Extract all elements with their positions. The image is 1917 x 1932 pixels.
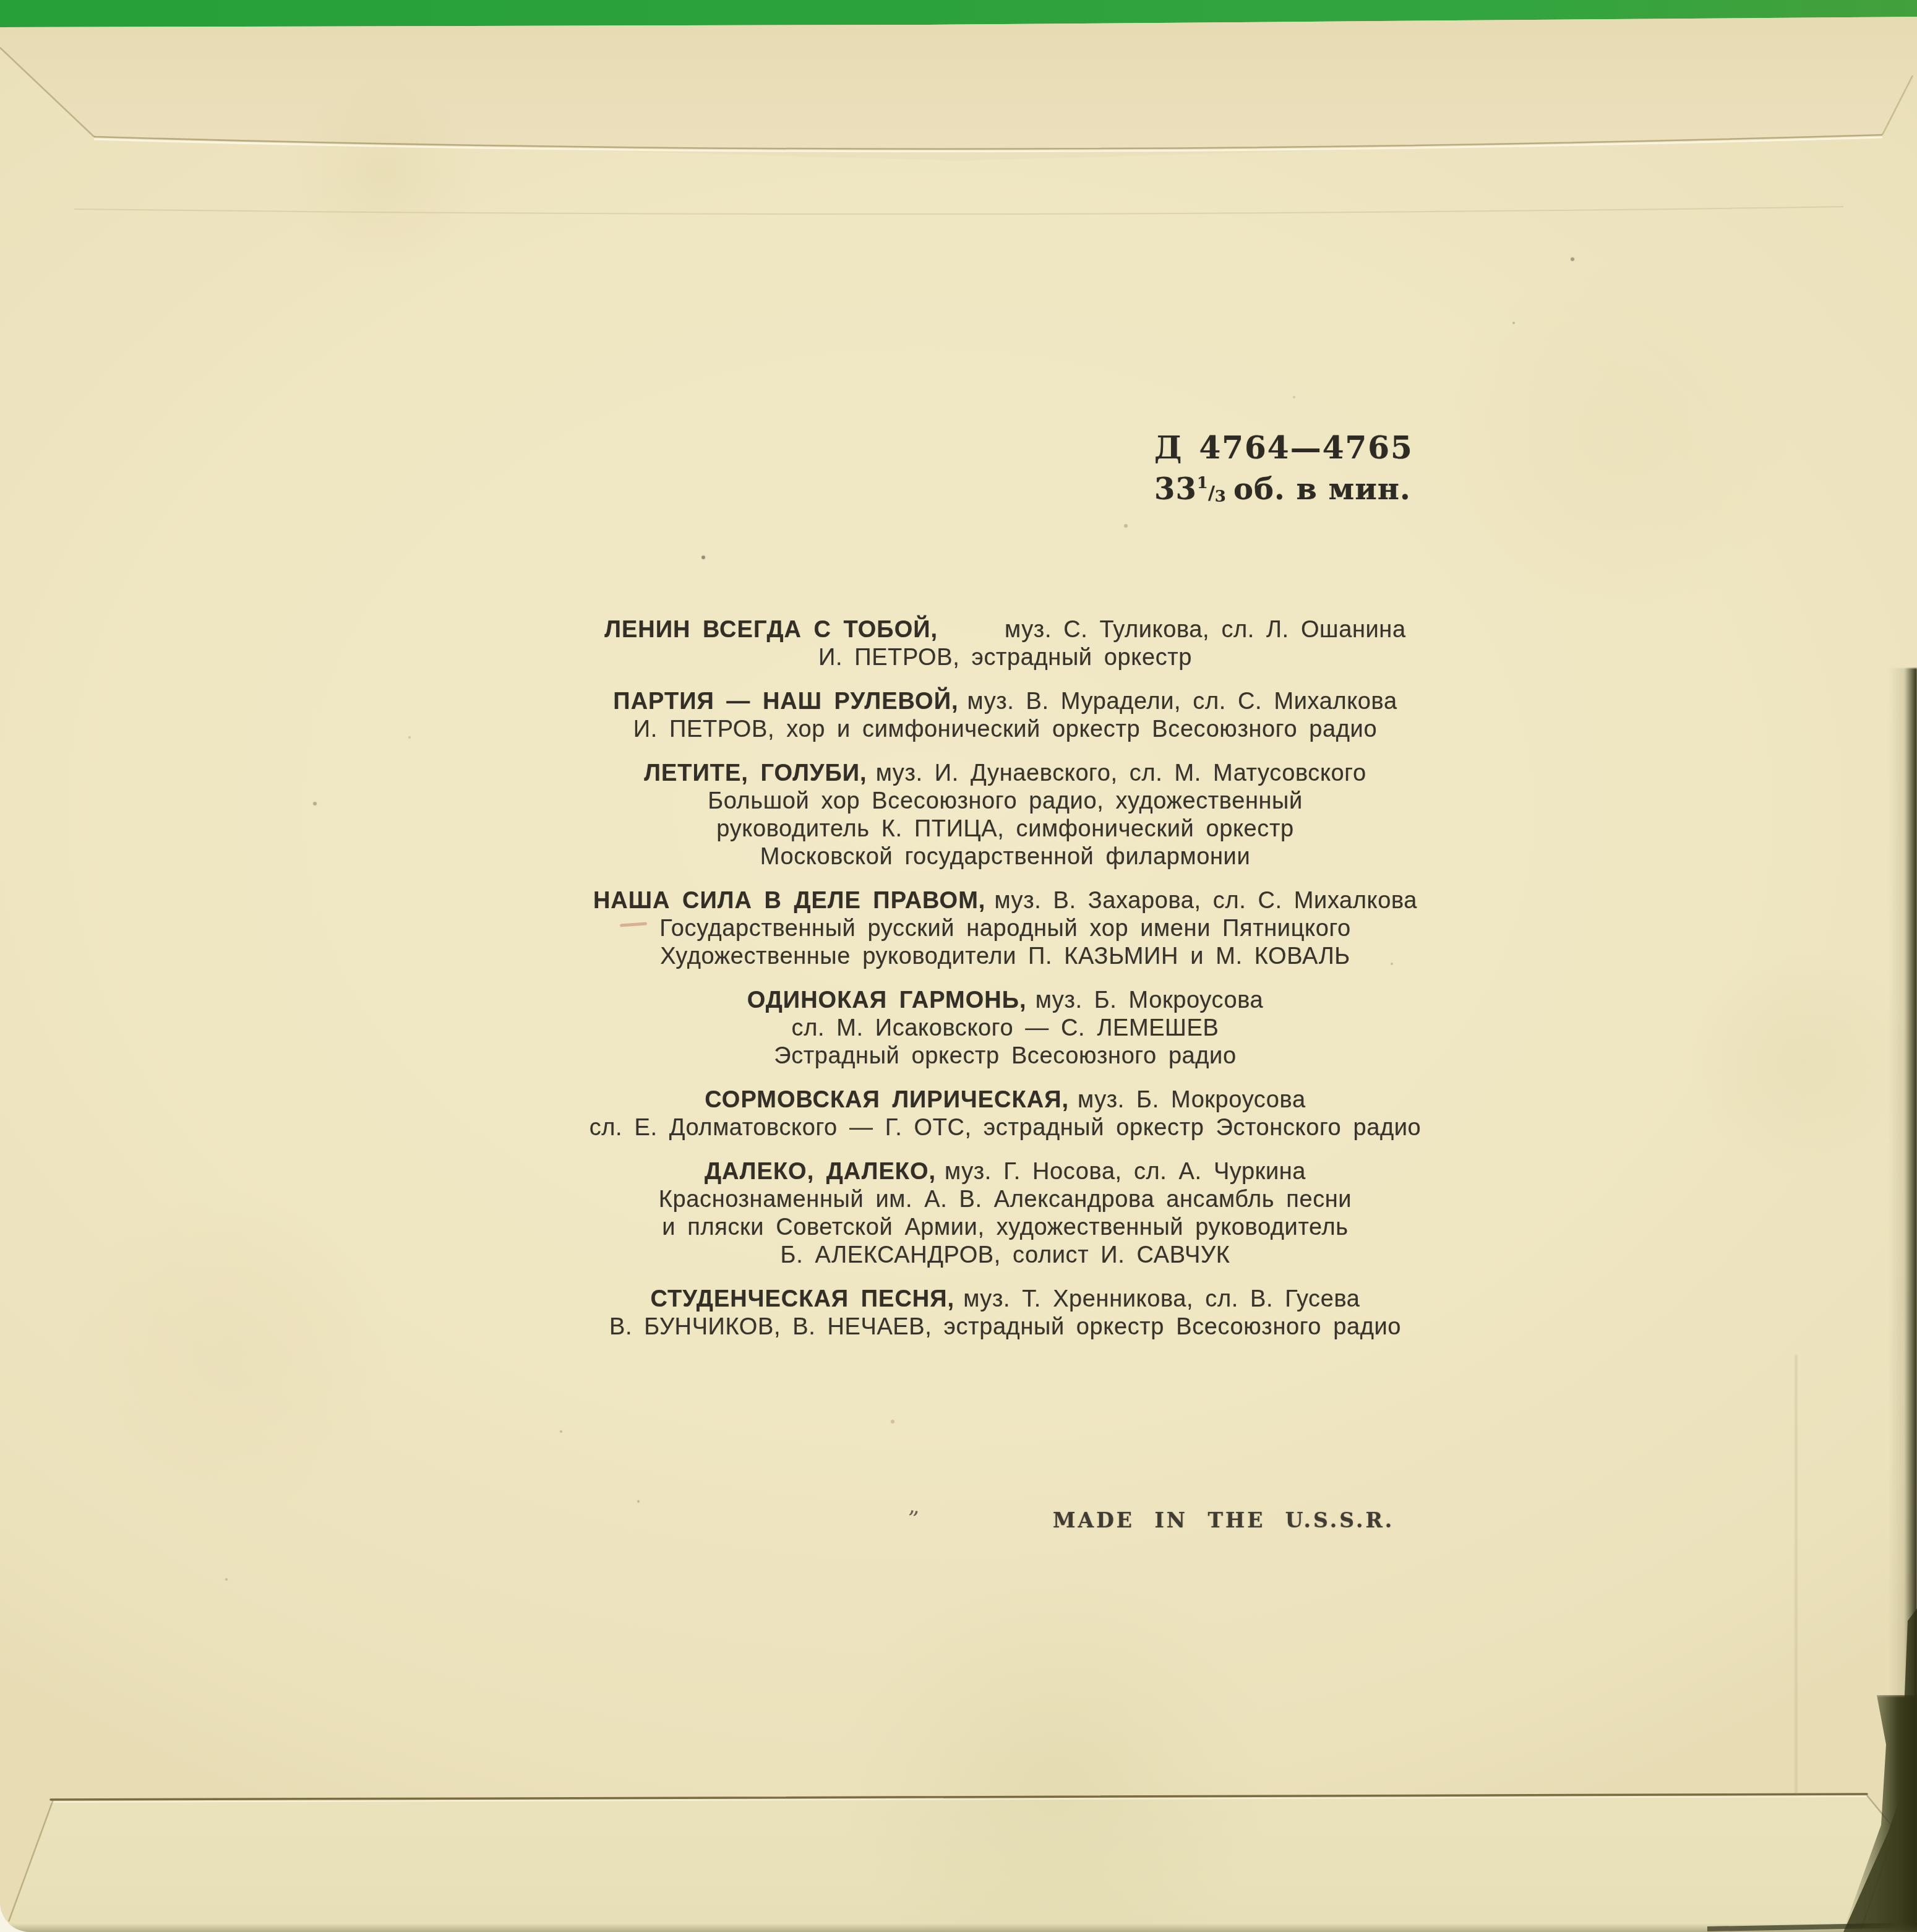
track-line: руководитель К. ПТИЦА, симфонический орк…: [93, 815, 1917, 843]
track-title-line: СОРМОВСКАЯ ЛИРИЧЕСКАЯ,муз. Б. Мокроусова: [93, 1086, 1917, 1114]
speed-fraction-numerator: 1: [1197, 474, 1208, 492]
track-credits: муз. Б. Мокроусова: [1078, 1087, 1306, 1113]
track-credits: муз. С. Туликова, сл. Л. Ошанина: [1005, 617, 1406, 643]
track-line: И. ПЕТРОВ, хор и симфонический оркестр В…: [93, 716, 1917, 744]
track-line: Большой хор Всесоюзного радио, художеств…: [93, 788, 1917, 815]
track-line: Эстрадный оркестр Всесоюзного радио: [93, 1042, 1917, 1070]
dust-specks: [0, 0, 2, 2]
track-credits: муз. И. Дунаевского, сл. М. Матусовского: [876, 760, 1366, 786]
track-line: сл. М. Исаковского — С. ЛЕМЕШЕВ: [93, 1015, 1917, 1042]
speed-number: 33: [1154, 472, 1197, 507]
track-title: ЛЕНИН ВСЕГДА С ТОБОЙ,: [604, 617, 938, 643]
speed-fraction-slash: /: [1208, 483, 1215, 504]
made-in-ussr-stamp: MADE IN THE U.S.S.R.: [1053, 1508, 1394, 1532]
track-title: ПАРТИЯ — НАШ РУЛЕВОЙ,: [613, 689, 958, 715]
track-entry: ПАРТИЯ — НАШ РУЛЕВОЙ,муз. В. Мурадели, с…: [93, 688, 1917, 744]
track-list: ЛЕНИН ВСЕГДА С ТОБОЙ,муз. С. Туликова, с…: [93, 616, 1917, 1341]
catalog-number: 4764—4765: [1199, 429, 1413, 466]
track-title-line: ЛЕНИН ВСЕГДА С ТОБОЙ,муз. С. Туликова, с…: [93, 616, 1917, 644]
speed-units: об. в мин.: [1233, 472, 1411, 507]
track-line: Художественные руководители П. КАЗЬМИН и…: [93, 943, 1917, 971]
track-line: и пляски Советской Армии, художественный…: [93, 1214, 1917, 1242]
track-title: СОРМОВСКАЯ ЛИРИЧЕСКАЯ,: [705, 1087, 1069, 1113]
track-line: И. ПЕТРОВ, эстрадный оркестр: [93, 644, 1917, 672]
track-title: ЛЕТИТЕ, ГОЛУБИ,: [644, 760, 867, 786]
track-line: Краснознаменный им. А. В. Александрова а…: [93, 1186, 1917, 1214]
track-entry: СТУДЕНЧЕСКАЯ ПЕСНЯ,муз. Т. Хренникова, с…: [93, 1286, 1917, 1341]
track-title: ДАЛЕКО, ДАЛЕКО,: [705, 1159, 936, 1185]
track-entry: ОДИНОКАЯ ГАРМОНЬ,муз. Б. Мокроусовасл. М…: [93, 987, 1917, 1070]
speed-fraction-denominator: 3: [1215, 487, 1226, 506]
track-title-line: ПАРТИЯ — НАШ РУЛЕВОЙ,муз. В. Мурадели, с…: [93, 688, 1917, 716]
track-title-line: НАША СИЛА В ДЕЛЕ ПРАВОМ,муз. В. Захарова…: [93, 887, 1917, 915]
catalog-prefix: Д: [1154, 429, 1183, 466]
track-credits: муз. Б. Мокроусова: [1036, 987, 1264, 1013]
vertical-crease: [1795, 1355, 1797, 1795]
track-entry: ЛЕТИТЕ, ГОЛУБИ,муз. И. Дунаевского, сл. …: [93, 760, 1917, 871]
track-title: НАША СИЛА В ДЕЛЕ ПРАВОМ,: [593, 888, 986, 914]
track-credits: муз. Г. Носова, сл. А. Чуркина: [945, 1159, 1306, 1185]
track-credits: муз. Т. Хренникова, сл. В. Гусева: [963, 1286, 1360, 1312]
track-line: Государственный русский народный хор име…: [93, 915, 1917, 943]
track-credits: муз. В. Мурадели, сл. С. Михалкова: [967, 689, 1397, 715]
record-sleeve-back: Д4764—4765 331/3об. в мин. ЛЕНИН ВСЕГДА …: [0, 0, 1917, 1932]
track-title-line: ЛЕТИТЕ, ГОЛУБИ,муз. И. Дунаевского, сл. …: [93, 760, 1917, 788]
track-line: В. БУНЧИКОВ, В. НЕЧАЕВ, эстрадный оркест…: [93, 1313, 1917, 1341]
track-credits: муз. В. Захарова, сл. С. Михалкова: [994, 888, 1417, 914]
track-line: Б. АЛЕКСАНДРОВ, солист И. САВЧУК: [93, 1242, 1917, 1269]
speed-line: 331/3об. в мин.: [1154, 472, 1413, 507]
track-title: ОДИНОКАЯ ГАРМОНЬ,: [747, 987, 1027, 1013]
track-entry: НАША СИЛА В ДЕЛЕ ПРАВОМ,муз. В. Захарова…: [93, 887, 1917, 971]
track-entry: СОРМОВСКАЯ ЛИРИЧЕСКАЯ,муз. Б. Мокроусова…: [93, 1086, 1917, 1142]
bottom-scan-shadow: [0, 1923, 1917, 1932]
track-title-line: ОДИНОКАЯ ГАРМОНЬ,муз. Б. Мокроусова: [93, 987, 1917, 1015]
track-line: сл. Е. Долматовского — Г. ОТС, эстрадный…: [93, 1114, 1917, 1142]
catalog-number-line: Д4764—4765: [1154, 429, 1413, 466]
track-title: СТУДЕНЧЕСКАЯ ПЕСНЯ,: [650, 1286, 954, 1312]
track-line: Московской государственной филармонии: [93, 843, 1917, 871]
track-entry: ЛЕНИН ВСЕГДА С ТОБОЙ,муз. С. Туликова, с…: [93, 616, 1917, 672]
track-title-line: СТУДЕНЧЕСКАЯ ПЕСНЯ,муз. Т. Хренникова, с…: [93, 1286, 1917, 1313]
track-entry: ДАЛЕКО, ДАЛЕКО,муз. Г. Носова, сл. А. Чу…: [93, 1158, 1917, 1269]
catalog-block: Д4764—4765 331/3об. в мин.: [1154, 429, 1413, 507]
track-title-line: ДАЛЕКО, ДАЛЕКО,муз. Г. Носова, сл. А. Чу…: [93, 1158, 1917, 1186]
